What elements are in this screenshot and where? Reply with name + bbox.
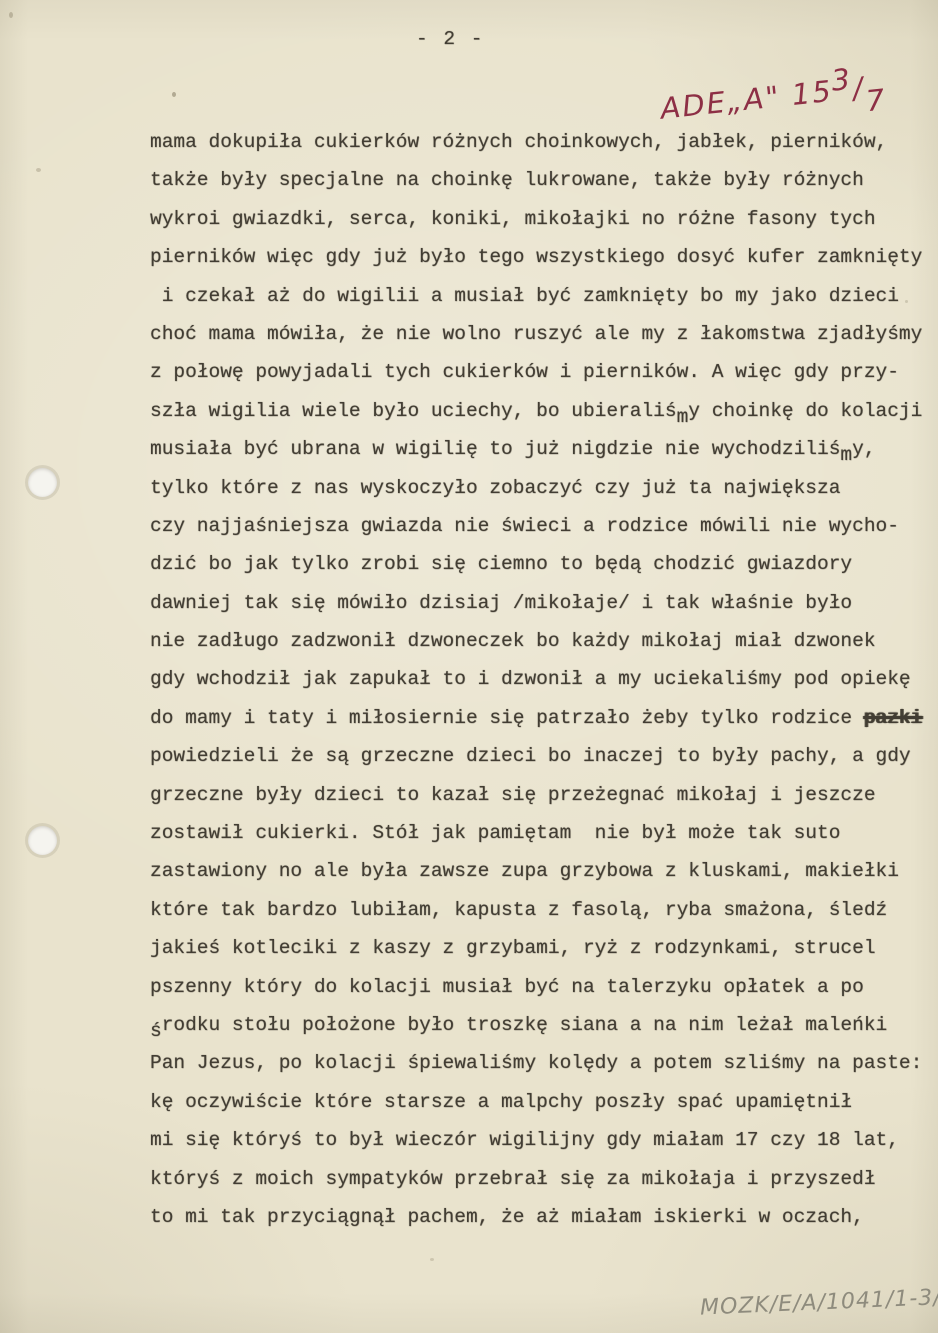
text-line: mi się któryś to był wieczór wigilijny g…	[150, 1129, 910, 1167]
text-line: zastawiony no ale była zawsze zupa grzyb…	[150, 860, 910, 898]
text-line: tylko które z nas wyskoczyło zobaczyć cz…	[150, 477, 910, 515]
scanned-document-page: - 2 - ADE„A" 153/7 mama dokupiła cukierk…	[0, 0, 938, 1333]
text-line: dawniej tak się mówiło dzisiaj /mikołaje…	[150, 592, 910, 630]
text-line: czy najjaśniejsza gwiazda nie świeci a r…	[150, 515, 910, 553]
text-line: pierników więc gdy już było tego wszystk…	[150, 246, 910, 284]
text-line: dzić bo jak tylko zrobi się ciemno to bę…	[150, 553, 910, 591]
text-line: pszenny który do kolacji musiał być na t…	[150, 976, 910, 1014]
text-line: Pan Jezus, po kolacji śpiewaliśmy kolędy…	[150, 1052, 910, 1090]
text-line: kę oczywiście które starsze a malpchy po…	[150, 1091, 910, 1129]
paper-speck	[430, 1258, 434, 1261]
text-line: z połowę powyjadali tych cukierków i pie…	[150, 361, 910, 399]
text-line: które tak bardzo lubiłam, kapusta z faso…	[150, 899, 910, 937]
text-line: także były specjalne na choinkę lukrowan…	[150, 169, 910, 207]
text-line: nie zadługo zadzwonił dzwoneczek bo każd…	[150, 630, 910, 668]
punch-hole-bottom	[28, 826, 57, 855]
page-number: - 2 -	[416, 28, 485, 50]
text-line: zostawił cukierki. Stół jak pamiętam nie…	[150, 822, 910, 860]
text-line: choć mama mówiła, że nie wolno ruszyć al…	[150, 323, 910, 361]
text-line: szła wigilia wiele było uciechy, bo ubie…	[150, 400, 910, 438]
text-line: i czekał aż do wigilii a musiał być zamk…	[150, 285, 910, 323]
text-line: do mamy i taty i miłosiernie się patrzał…	[150, 707, 910, 745]
handwritten-annotation: ADE„A" 153/7	[659, 68, 887, 125]
text-line: wykroi gwiazdki, serca, koniki, mikołajk…	[150, 208, 910, 246]
paper-speck	[9, 12, 13, 18]
text-line: jakieś kotleciki z kaszy z grzybami, ryż…	[150, 937, 910, 975]
text-line: musiała być ubrana w wigilię to już nigd…	[150, 438, 910, 476]
text-line: grzeczne były dzieci to kazał się przeże…	[150, 784, 910, 822]
text-line: środku stołu położone było troszkę siana…	[150, 1014, 910, 1052]
paper-speck	[36, 168, 41, 172]
text-line: to mi tak przyciągnął pachem, że aż miał…	[150, 1206, 910, 1244]
text-line: powiedzieli że są grzeczne dzieci bo ina…	[150, 745, 910, 783]
paper-speck	[905, 300, 908, 303]
archive-reference: MOZK/E/A/1041/1-3/2	[700, 1284, 938, 1320]
text-line: któryś z moich sympatyków przebrał się z…	[150, 1168, 910, 1206]
text-line: mama dokupiła cukierków różnych choinkow…	[150, 131, 910, 169]
typewritten-text-block: mama dokupiła cukierków różnych choinkow…	[150, 131, 910, 1244]
punch-hole-top	[28, 468, 57, 497]
text-line: gdy wchodził jak zapukał to i dzwonił a …	[150, 668, 910, 706]
paper-speck	[172, 92, 176, 97]
